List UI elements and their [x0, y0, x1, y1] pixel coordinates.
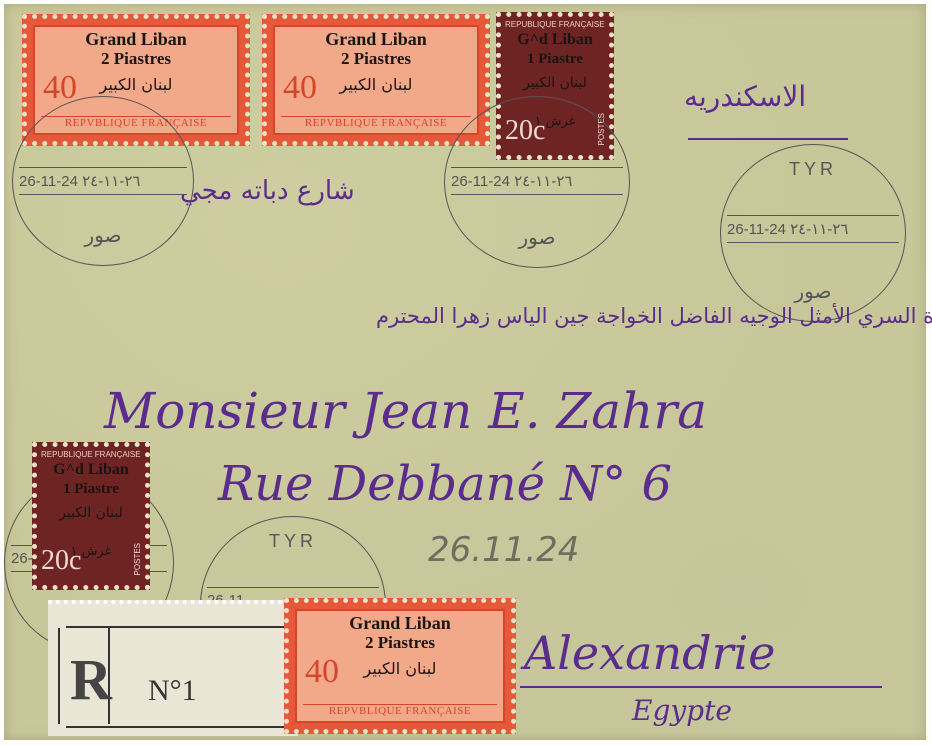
overprint-line1: G^d Liban — [37, 461, 145, 479]
postmark-date: 26-11-24 ٢٦-١١-٢٤ — [19, 167, 187, 195]
postmark-city: TYR — [201, 531, 385, 552]
overprint-arabic: لبنان الكبير — [37, 505, 145, 521]
handwritten-arabic-city: الاسكندريه — [684, 80, 806, 113]
postmark-date: 26-11-24 ٢٦-١١-٢٤ — [451, 167, 623, 195]
stamp-side-label: POSTES — [133, 543, 142, 575]
overprint-arabic: لبنان الكبير — [501, 75, 609, 91]
overprint-line2: 1 Piastre — [501, 51, 609, 68]
stamp-denomination: 20c — [41, 545, 81, 577]
postmark-arabic: صور — [445, 225, 629, 249]
overprint-arabic: لبنان الكبير — [35, 75, 237, 94]
registration-letter: R — [70, 646, 112, 713]
handwritten-name: Monsieur Jean E. Zahra — [104, 382, 707, 440]
envelope: 40 Grand Liban 2 Piastres لبنان الكبير R… — [4, 4, 926, 740]
postmark-2: 26-11-24 ٢٦-١١-٢٤ صور — [444, 96, 630, 268]
overprint-line1: Grand Liban — [297, 613, 503, 634]
postmark-city: TYR — [721, 159, 905, 180]
handwritten-country: Egypte — [632, 694, 732, 727]
underline — [688, 138, 848, 140]
handwritten-street: Rue Debbané N° 6 — [218, 456, 672, 512]
overprint-line1: Grand Liban — [275, 29, 477, 50]
stamp-inscription: REPVBLIQUE FRANÇAISE — [281, 116, 471, 129]
overprint-arabic: لبنان الكبير — [297, 659, 503, 678]
handwritten-arabic-address: يحظى بمكارم حضرة السري الأمثل الوجيه الف… — [376, 304, 932, 328]
stamp-merson-2: 40 Grand Liban 2 Piastres لبنان الكبير R… — [262, 14, 490, 146]
overprint-line1: Grand Liban — [35, 29, 237, 50]
stamp-inscription: REPUBLIQUE FRANÇAISE — [505, 20, 605, 29]
overprint-line2: 1 Piastre — [37, 481, 145, 498]
handwritten-city: Alexandrie — [524, 626, 776, 680]
registration-label: R N°1 — [48, 600, 298, 736]
stamp-inscription: REPUBLIQUE FRANÇAISE — [41, 450, 141, 459]
underline — [520, 686, 882, 688]
overprint-line2: 2 Piastres — [297, 633, 503, 653]
postmark-date: 26-11-24 ٢٦-١١-٢٤ — [727, 215, 899, 243]
stamp-semeuse-2: REPUBLIQUE FRANÇAISE G^d Liban 1 Piastre… — [32, 442, 150, 590]
registration-number: N°1 — [148, 674, 197, 708]
overprint-line2: 2 Piastres — [35, 49, 237, 69]
overprint-arabic: لبنان الكبير — [275, 75, 477, 94]
overprint-line2: 2 Piastres — [275, 49, 477, 69]
postmark-arabic: صور — [721, 279, 905, 303]
postmark-3: TYR 26-11-24 ٢٦-١١-٢٤ صور — [720, 144, 906, 322]
postmark-1: 26-11-24 ٢٦-١١-٢٤ صور — [12, 96, 194, 266]
postmark-arabic: صور — [13, 223, 193, 247]
handwritten-arabic-street: شارع دباته مجي — [180, 176, 355, 206]
overprint-line1: G^d Liban — [501, 31, 609, 49]
stamp-inscription: REPVBLIQUE FRANÇAISE — [303, 704, 497, 717]
pencil-date: 26.11.24 — [428, 530, 579, 570]
stamp-merson-3: 40 Grand Liban 2 Piastres لبنان الكبير R… — [284, 598, 516, 734]
